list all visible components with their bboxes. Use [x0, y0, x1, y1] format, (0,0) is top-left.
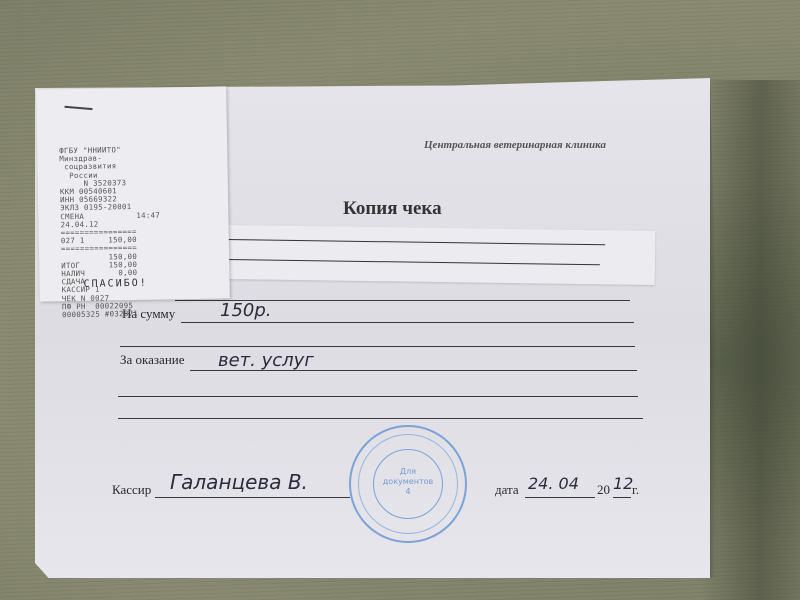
receipt-thanks: СПАСИБО!: [84, 280, 148, 289]
form-rule: [225, 239, 605, 245]
form-rule: [225, 259, 600, 265]
receipt-text: ФГБУ "ННИИТО" Минздрав- соцразвития Росс…: [59, 145, 212, 320]
form-rule: [118, 418, 643, 419]
sum-field-line: [181, 322, 634, 323]
background-shadow: [700, 80, 800, 600]
year-prefix: 20: [597, 482, 610, 498]
stamp-line: документов: [351, 477, 465, 487]
year-suffix: г.: [632, 482, 639, 498]
date-label: дата: [495, 482, 519, 498]
form-rule: [120, 346, 635, 347]
cashier-label: Кассир: [112, 482, 151, 498]
form-rule: [118, 396, 638, 397]
pen-mark: [64, 106, 92, 110]
stamp-line: 4: [351, 487, 465, 497]
clinic-name: Центральная ветеринарная клиника: [424, 139, 606, 151]
stamp-text: Для документов 4: [351, 467, 465, 497]
year-value: 12: [613, 474, 633, 493]
official-stamp: Для документов 4: [349, 425, 467, 543]
date-value: 24. 04: [528, 474, 579, 493]
cashier-signature: Галанцева В.: [170, 470, 308, 494]
service-label: За оказание: [120, 352, 185, 368]
cash-register-receipt: ФГБУ "ННИИТО" Минздрав- соцразвития Росс…: [36, 86, 230, 301]
stamp-line: Для: [351, 467, 465, 477]
year-field-line: [613, 497, 631, 498]
service-value: вет. услуг: [218, 350, 314, 371]
form-title: Копия чека: [343, 198, 442, 220]
cashier-field-line: [155, 497, 350, 498]
date-field-line: [525, 497, 595, 498]
sum-value: 150р.: [220, 300, 272, 321]
folded-paper-strip: [225, 225, 656, 285]
